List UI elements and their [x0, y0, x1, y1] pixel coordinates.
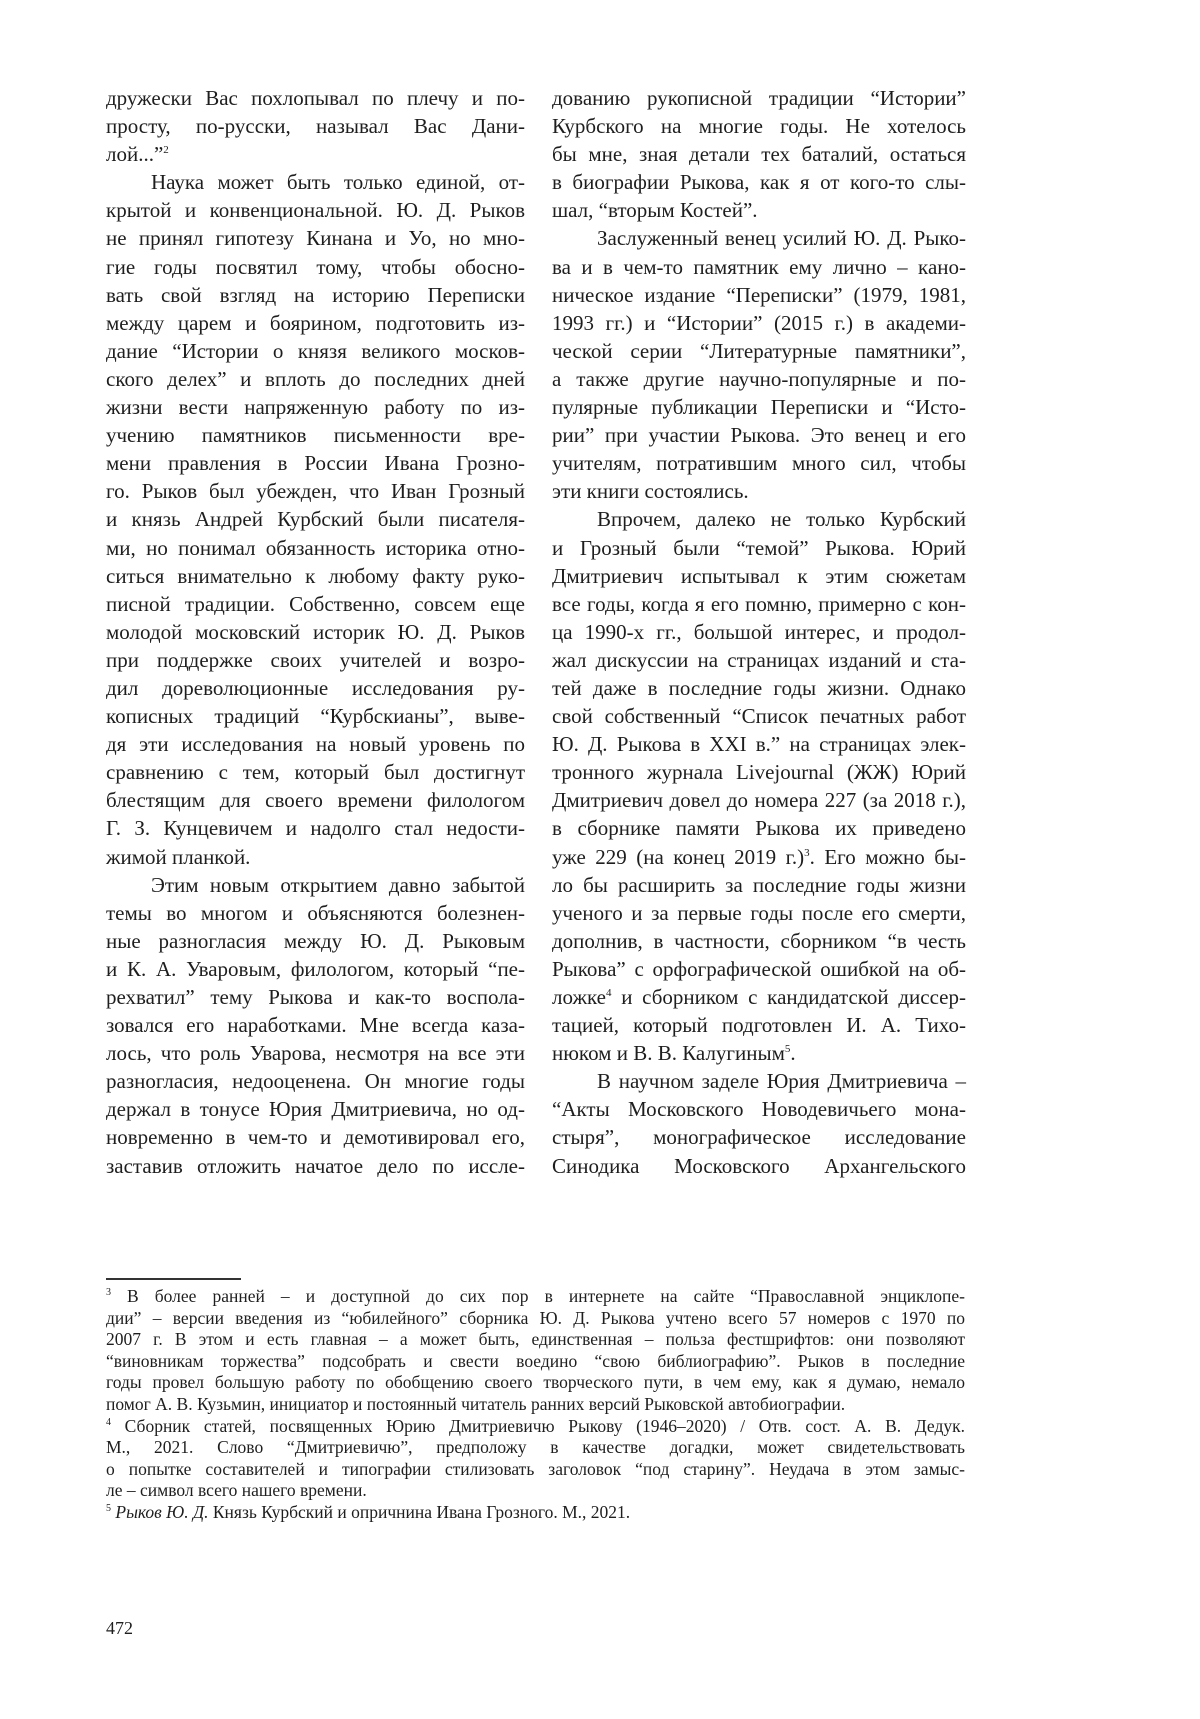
text-line: Дмитриевич испытывал к этим сюжетам [552, 562, 966, 590]
text-line: ческой серии “Литературные памятники”, [552, 337, 966, 365]
text-line: зовался его наработками. Мне всегда каза… [106, 1011, 525, 1039]
text-line: рехватил” тему Рыкова и как-то воспола- [106, 983, 525, 1011]
text-line: между царем и боярином, подготовить из- [106, 309, 525, 337]
text-line: писной традиции. Собственно, совсем еще [106, 590, 525, 618]
text-line: ложке4 и сборником с кандидатской диссер… [552, 983, 966, 1011]
paragraph-3: Этим новым открытием давно забытой темы … [106, 871, 525, 1180]
text-line: тронного журнала Livejournal (ЖЖ) Юрий [552, 758, 966, 786]
text-line: Наука может быть только единой, от- [106, 168, 525, 196]
text-line: шал, “вторым Костей”. [552, 196, 966, 224]
text-line: молодой московский историк Ю. Д. Рыков [106, 618, 525, 646]
text-line: тей даже в последние годы жизни. Однако [552, 674, 966, 702]
footnote-line: М., 2021. Слово “Дмитриевичю”, предполож… [106, 1437, 965, 1459]
text-line: дованию рукописной традиции “Истории” [552, 84, 966, 112]
text-line: ми, но понимал обязанность историка отно… [106, 534, 525, 562]
text-line: Синодика Московского Архангельского [552, 1152, 966, 1180]
text-line: лось, что роль Уварова, несмотря на все … [106, 1039, 525, 1067]
text-line: в сборнике памяти Рыкова их приведено [552, 814, 966, 842]
text-line: разногласия, недооценена. Он многие годы [106, 1067, 525, 1095]
text-line: Ю. Д. Рыкова в XXI в.” на страницах элек… [552, 730, 966, 758]
footnote-line: дии” – версии введения из “юбилейного” с… [106, 1308, 965, 1330]
text-line: Заслуженный венец усилий Ю. Д. Рыко- [552, 224, 966, 252]
text-line: крытой и конвенциональной. Ю. Д. Рыков [106, 196, 525, 224]
paragraph-7: В научном заделе Юрия Дмитриевича – “Акт… [552, 1067, 966, 1179]
text-line: учителям, потратившим много сил, чтобы [552, 449, 966, 477]
paragraph-1: дружески Вас похлопывал по плечу и по- п… [106, 84, 525, 168]
footnote-separator [106, 1278, 241, 1280]
text-line: в биографии Рыкова, как я от кого-то слы… [552, 168, 966, 196]
right-column: дованию рукописной традиции “Истории” Ку… [552, 84, 966, 1180]
text-line: эти книги состоялись. [552, 477, 966, 505]
footnote-3: 3 В более ранней – и доступной до сих по… [106, 1286, 965, 1416]
text-line: все годы, когда я его помню, примерно с … [552, 590, 966, 618]
author-italic: Рыков Ю. Д. [111, 1502, 208, 1522]
text-line: Этим новым открытием давно забытой [106, 871, 525, 899]
text-line: Г. З. Кунцевичем и надолго стал недости- [106, 814, 525, 842]
footnote-ref[interactable]: 2 [163, 144, 169, 156]
text-line: ситься внимательно к любому факту руко- [106, 562, 525, 590]
text-line: стыря”, монографическое исследование [552, 1123, 966, 1151]
text-line: темы во многом и объясняются болезнен- [106, 899, 525, 927]
footnote-line: 3 В более ранней – и доступной до сих по… [106, 1286, 965, 1308]
text-line: не принял гипотезу Кинана и Уо, но мно- [106, 224, 525, 252]
text-line: Дмитриевич довел до номера 227 (за 2018 … [552, 786, 966, 814]
text-line: дружески Вас похлопывал по плечу и по- [106, 84, 525, 112]
text-line: мени правления в России Ивана Грозно- [106, 449, 525, 477]
footnote-line: помог А. В. Кузьмин, инициатор и постоян… [106, 1394, 965, 1416]
left-column: дружески Вас похлопывал по плечу и по- п… [106, 84, 525, 1180]
footnote-4: 4 Сборник статей, посвященных Юрию Дмитр… [106, 1416, 965, 1502]
text-line: Рыкова” с орфографической ошибкой на об- [552, 955, 966, 983]
text-line: просту, по-русски, называл Вас Дани- [106, 112, 525, 140]
footnote-line: годы провел большую работу по обобщению … [106, 1372, 965, 1394]
paragraph-2: Наука может быть только единой, от- крыт… [106, 168, 525, 870]
paragraph-6: Впрочем, далеко не только Курбский и Гро… [552, 505, 966, 1067]
text-line: В научном заделе Юрия Дмитриевича – [552, 1067, 966, 1095]
text-line: свой собственный “Список печатных работ [552, 702, 966, 730]
text-line: вать свой взгляд на историю Переписки [106, 281, 525, 309]
footnote-line: о попытке составителей и типографии стил… [106, 1459, 965, 1481]
text-line: ническое издание “Переписки” (1979, 1981… [552, 281, 966, 309]
text-line: и князь Андрей Курбский были писателя- [106, 505, 525, 533]
text-line: нюком и В. В. Калугиным5. [552, 1039, 966, 1067]
text-line: и К. А. Уваровым, филологом, который “пе… [106, 955, 525, 983]
text-line: “Акты Московского Новодевичьего мона- [552, 1095, 966, 1123]
text-line: пулярные публикации Переписки и “Исто- [552, 393, 966, 421]
text-line: бы мне, зная детали тех баталий, остатьс… [552, 140, 966, 168]
text-line: ученого и за первые годы после его смерт… [552, 899, 966, 927]
text-line: Курбского на многие годы. Не хотелось [552, 112, 966, 140]
text-line: жал дискуссии на страницах изданий и ста… [552, 646, 966, 674]
text-line: гие годы посвятил тому, чтобы обосно- [106, 253, 525, 281]
text-line: жимой планкой. [106, 843, 525, 871]
text-line: заставив отложить начатое дело по иссле- [106, 1152, 525, 1180]
text-line: дя эти исследования на новый уровень по [106, 730, 525, 758]
text-line: и Грозный были “темой” Рыкова. Юрий [552, 534, 966, 562]
text-line: новременно в чем-то и демотивировал его, [106, 1123, 525, 1151]
text-line: 1993 гг.) и “Истории” (2015 г.) в академ… [552, 309, 966, 337]
text-line: дополнив, в частности, сборником “в чест… [552, 927, 966, 955]
paragraph-4: дованию рукописной традиции “Истории” Ку… [552, 84, 966, 224]
text-line: лой...”2 [106, 140, 525, 168]
text-line: учению памятников письменности вре- [106, 421, 525, 449]
text-line: рии” при участии Рыкова. Это венец и его [552, 421, 966, 449]
text-line: ца 1990-х гг., большой интерес, и продол… [552, 618, 966, 646]
text-line: дил дореволюционные исследования ру- [106, 674, 525, 702]
text-line: ные разногласия между Ю. Д. Рыковым [106, 927, 525, 955]
text-line: тацией, который подготовлен И. А. Тихо- [552, 1011, 966, 1039]
text-line: ло бы расширить за последние годы жизни [552, 871, 966, 899]
footnote-line: ле – символ всего нашего времени. [106, 1480, 965, 1502]
text-line: сравнению с тем, который был достигнут [106, 758, 525, 786]
footnote-line: 2007 г. В этом и есть главная – а может … [106, 1329, 965, 1351]
text-line: держал в тонусе Юрия Дмитриевича, но од- [106, 1095, 525, 1123]
text-line: го. Рыков был убежден, что Иван Грозный [106, 477, 525, 505]
text-line: кописных традиций “Курбскианы”, выве- [106, 702, 525, 730]
paragraph-5: Заслуженный венец усилий Ю. Д. Рыко- ва … [552, 224, 966, 505]
document-page: дружески Вас похлопывал по плечу и по- п… [0, 0, 1200, 1719]
text-line: Впрочем, далеко не только Курбский [552, 505, 966, 533]
text-line: уже 229 (на конец 2019 г.)3. Его можно б… [552, 843, 966, 871]
text-line: блестящим для своего времени филологом [106, 786, 525, 814]
text-line: а также другие научно-популярные и по- [552, 365, 966, 393]
text-line: при поддержке своих учителей и возро- [106, 646, 525, 674]
footnote-5: 5 Рыков Ю. Д. Князь Курбский и опричнина… [106, 1502, 965, 1524]
page-number: 472 [106, 1618, 133, 1639]
footnote-line: 5 Рыков Ю. Д. Князь Курбский и опричнина… [106, 1502, 965, 1524]
footnote-line: “виновникам торжества” подсобрать и свес… [106, 1351, 965, 1373]
text-line: ва и в чем-то памятник ему лично – кано- [552, 253, 966, 281]
text-line: жизни вести напряженную работу по из- [106, 393, 525, 421]
footnote-line: 4 Сборник статей, посвященных Юрию Дмитр… [106, 1416, 965, 1438]
footnote-list: 3 В более ранней – и доступной до сих по… [106, 1286, 965, 1524]
text-line: дание “Истории о князя великого москов- [106, 337, 525, 365]
text-line: ского делех” и вплоть до последних дней [106, 365, 525, 393]
